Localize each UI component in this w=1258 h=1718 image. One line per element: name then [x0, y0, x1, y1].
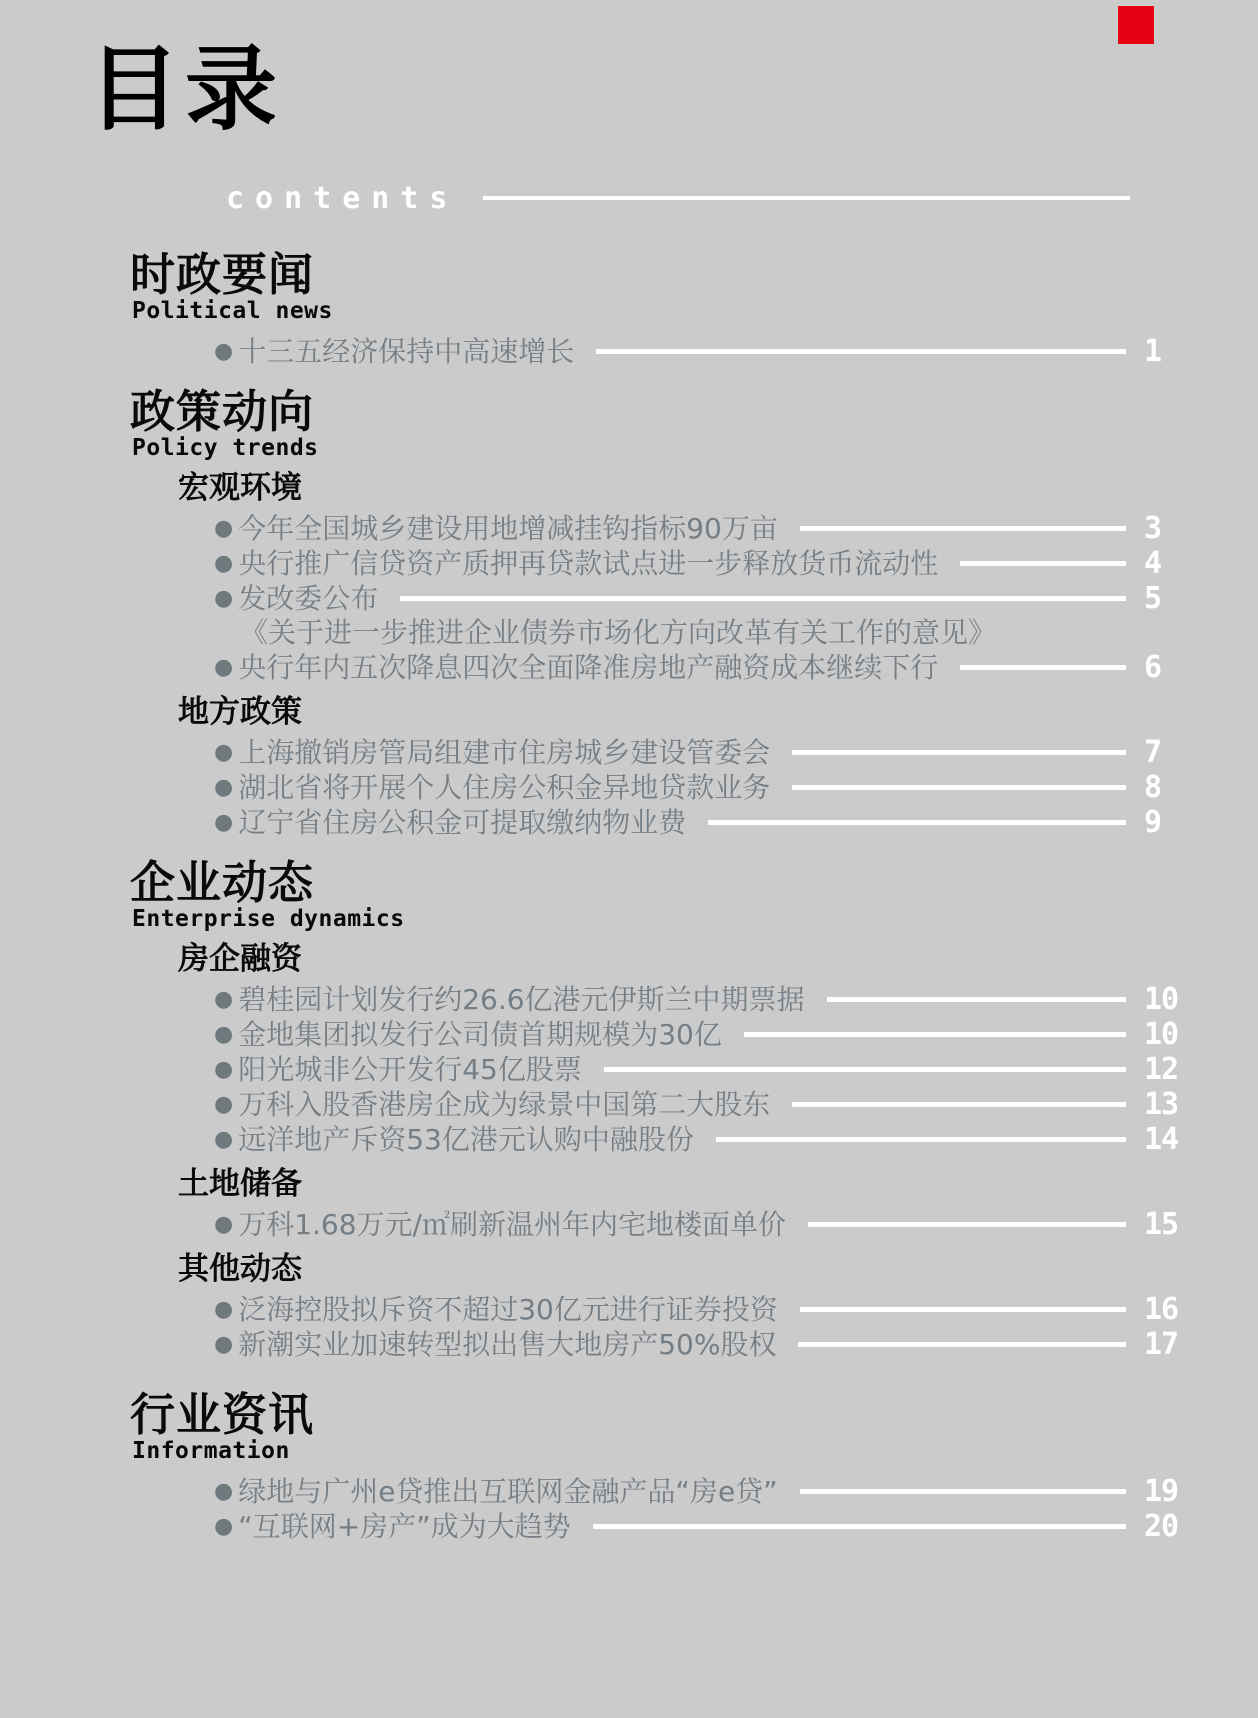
- entry-title: 央行推广信贷资产质押再贷款试点进一步释放货币流动性: [238, 550, 938, 578]
- bullet-icon: ●: [214, 989, 233, 1011]
- toc-entry[interactable]: ● 上海撤销房管局组建市住房城乡建设管委会 7: [0, 735, 1190, 770]
- entry-title: “互联网+房产”成为大趋势: [238, 1513, 570, 1541]
- page-number: 3: [1144, 511, 1190, 546]
- entry-title: 上海撤销房管局组建市住房城乡建设管委会: [238, 739, 770, 767]
- toc-entry[interactable]: ● 湖北省将开展个人住房公积金异地贷款业务 8: [0, 770, 1190, 805]
- page-number: 19: [1144, 1474, 1190, 1509]
- toc-entry[interactable]: ● 今年全国城乡建设用地增减挂钩指标90万亩 3: [0, 511, 1190, 546]
- bullet-icon: ●: [214, 1214, 233, 1236]
- toc-entry[interactable]: ● 央行推广信贷资产质押再贷款试点进一步释放货币流动性 4: [0, 546, 1190, 581]
- group-title-developer-financing: 房企融资: [0, 942, 1190, 976]
- toc-entry[interactable]: ● 发改委公布 5: [0, 581, 1190, 616]
- page-number: 1: [1144, 334, 1190, 369]
- section-policy-trends: 政策动向 Policy trends 宏观环境 ● 今年全国城乡建设用地增减挂钩…: [0, 389, 1190, 840]
- section-title: 行业资讯: [0, 1392, 1190, 1438]
- section-enterprise-dynamics: 企业动态 Enterprise dynamics 房企融资 ● 碧桂园计划发行约…: [0, 860, 1190, 1362]
- leader-line: [792, 750, 1126, 755]
- page-number: 14: [1144, 1122, 1190, 1157]
- entry-title: 万科入股香港房企成为绿景中国第二大股东: [238, 1091, 770, 1119]
- bullet-icon: ●: [214, 588, 233, 610]
- toc-entry[interactable]: ● 万科入股香港房企成为绿景中国第二大股东 13: [0, 1087, 1190, 1122]
- leader-line: [800, 1307, 1126, 1312]
- page-number: 17: [1144, 1327, 1190, 1362]
- entry-title: 远洋地产斥资53亿港元认购中融股份: [238, 1126, 694, 1154]
- group-title-local-policy: 地方政策: [0, 695, 1190, 729]
- bullet-icon: ●: [214, 341, 233, 363]
- leader-line: [400, 596, 1126, 601]
- toc-entry[interactable]: ● 阳光城非公开发行45亿股票 12: [0, 1052, 1190, 1087]
- bullet-icon: ●: [214, 553, 233, 575]
- toc-list: 时政要闻 Political news ● 十三五经济保持中高速增长 1 政策动…: [0, 252, 1190, 1564]
- section-title: 时政要闻: [0, 252, 1190, 298]
- leader-line: [808, 1222, 1126, 1227]
- page-number: 9: [1144, 805, 1190, 840]
- leader-line: [800, 526, 1126, 531]
- leader-line: [792, 785, 1126, 790]
- page-number: 13: [1144, 1087, 1190, 1122]
- group-title-other-dynamics: 其他动态: [0, 1252, 1190, 1286]
- page-number: 12: [1144, 1052, 1190, 1087]
- section-subtitle-en: Information: [0, 1438, 1190, 1464]
- bullet-icon: ●: [214, 1481, 233, 1503]
- page-number: 20: [1144, 1509, 1190, 1544]
- leader-line: [800, 1489, 1126, 1494]
- bullet-icon: ●: [214, 518, 233, 540]
- page-title: 目录: [88, 44, 282, 136]
- toc-entry[interactable]: ● 泛海控股拟斥资不超过30亿元进行证券投资 16: [0, 1292, 1190, 1327]
- toc-entry[interactable]: ● 远洋地产斥资53亿港元认购中融股份 14: [0, 1122, 1190, 1157]
- page-number: 10: [1144, 982, 1190, 1017]
- page-number: 5: [1144, 581, 1190, 616]
- leader-line: [792, 1102, 1126, 1107]
- entry-title: 万科1.68万元/㎡刷新温州年内宅地楼面单价: [238, 1211, 786, 1239]
- toc-entry[interactable]: ● 金地集团拟发行公司债首期规模为30亿 10: [0, 1017, 1190, 1052]
- bullet-icon: ●: [214, 1129, 233, 1151]
- leader-line: [708, 820, 1126, 825]
- toc-entry[interactable]: ● 绿地与广州e贷推出互联网金融产品“房e贷” 19: [0, 1474, 1190, 1509]
- entry-title: 新潮实业加速转型拟出售大地房产50%股权: [238, 1331, 776, 1359]
- page-number: 16: [1144, 1292, 1190, 1327]
- page-number: 15: [1144, 1207, 1190, 1242]
- leader-line: [744, 1032, 1126, 1037]
- page-number: 10: [1144, 1017, 1190, 1052]
- section-information: 行业资讯 Information ● 绿地与广州e贷推出互联网金融产品“房e贷”…: [0, 1392, 1190, 1544]
- toc-entry[interactable]: ● 辽宁省住房公积金可提取缴纳物业费 9: [0, 805, 1190, 840]
- section-subtitle-en: Enterprise dynamics: [0, 906, 1190, 932]
- entry-title: 阳光城非公开发行45亿股票: [238, 1056, 582, 1084]
- page-number: 7: [1144, 735, 1190, 770]
- entry-title: 金地集团拟发行公司债首期规模为30亿: [238, 1021, 722, 1049]
- entry-title: 今年全国城乡建设用地增减挂钩指标90万亩: [238, 515, 778, 543]
- page-number: 8: [1144, 770, 1190, 805]
- bullet-icon: ●: [214, 657, 233, 679]
- bullet-icon: ●: [214, 1299, 233, 1321]
- leader-line: [716, 1137, 1126, 1142]
- bullet-icon: ●: [214, 1059, 233, 1081]
- bullet-icon: ●: [214, 742, 233, 764]
- entry-title: 湖北省将开展个人住房公积金异地贷款业务: [238, 774, 770, 802]
- bullet-icon: ●: [214, 1094, 233, 1116]
- bullet-icon: ●: [214, 1516, 233, 1538]
- entry-title-line2: 《关于进一步推进企业债券市场化方向改革有关工作的意见》: [240, 619, 996, 647]
- section-title: 企业动态: [0, 860, 1190, 906]
- toc-entry[interactable]: ● 央行年内五次降息四次全面降准房地产融资成本继续下行 6: [0, 650, 1190, 685]
- leader-line: [596, 349, 1126, 354]
- bullet-icon: ●: [214, 1024, 233, 1046]
- leader-line: [604, 1067, 1126, 1072]
- leader-line: [960, 665, 1126, 670]
- group-title-land-reserve: 土地储备: [0, 1167, 1190, 1201]
- contents-header: contents: [226, 180, 1130, 216]
- toc-entry[interactable]: ● 万科1.68万元/㎡刷新温州年内宅地楼面单价 15: [0, 1207, 1190, 1242]
- entry-title: 十三五经济保持中高速增长: [238, 338, 574, 366]
- leader-line: [798, 1342, 1126, 1347]
- toc-entry[interactable]: ● 新潮实业加速转型拟出售大地房产50%股权 17: [0, 1327, 1190, 1362]
- toc-entry[interactable]: ● 碧桂园计划发行约26.6亿港元伊斯兰中期票据 10: [0, 982, 1190, 1017]
- contents-label: contents: [226, 181, 459, 216]
- entry-title: 辽宁省住房公积金可提取缴纳物业费: [238, 809, 686, 837]
- toc-entry[interactable]: ● “互联网+房产”成为大趋势 20: [0, 1509, 1190, 1544]
- entry-title: 碧桂园计划发行约26.6亿港元伊斯兰中期票据: [238, 986, 804, 1014]
- red-accent-bar: [1118, 6, 1154, 44]
- entry-title: 发改委公布: [238, 585, 378, 613]
- bullet-icon: ●: [214, 777, 233, 799]
- header-rule-line: [483, 196, 1131, 200]
- toc-entry-continuation: 《关于进一步推进企业债券市场化方向改革有关工作的意见》: [0, 616, 1190, 650]
- section-political-news: 时政要闻 Political news ● 十三五经济保持中高速增长 1: [0, 252, 1190, 369]
- page-number: 6: [1144, 650, 1190, 685]
- group-title-macro-environment: 宏观环境: [0, 471, 1190, 505]
- section-title: 政策动向: [0, 389, 1190, 435]
- bullet-icon: ●: [214, 812, 233, 834]
- section-subtitle-en: Political news: [0, 298, 1190, 324]
- toc-page: 目录 contents 时政要闻 Political news ● 十三五经济保…: [0, 0, 1258, 1718]
- toc-entry[interactable]: ● 十三五经济保持中高速增长 1: [0, 334, 1190, 369]
- entry-title: 绿地与广州e贷推出互联网金融产品“房e贷”: [238, 1478, 777, 1506]
- entry-title: 泛海控股拟斥资不超过30亿元进行证券投资: [238, 1296, 778, 1324]
- page-number: 4: [1144, 546, 1190, 581]
- section-subtitle-en: Policy trends: [0, 435, 1190, 461]
- bullet-icon: ●: [214, 1334, 233, 1356]
- leader-line: [593, 1524, 1126, 1529]
- entry-title: 央行年内五次降息四次全面降准房地产融资成本继续下行: [238, 654, 938, 682]
- leader-line: [960, 561, 1126, 566]
- leader-line: [827, 997, 1126, 1002]
